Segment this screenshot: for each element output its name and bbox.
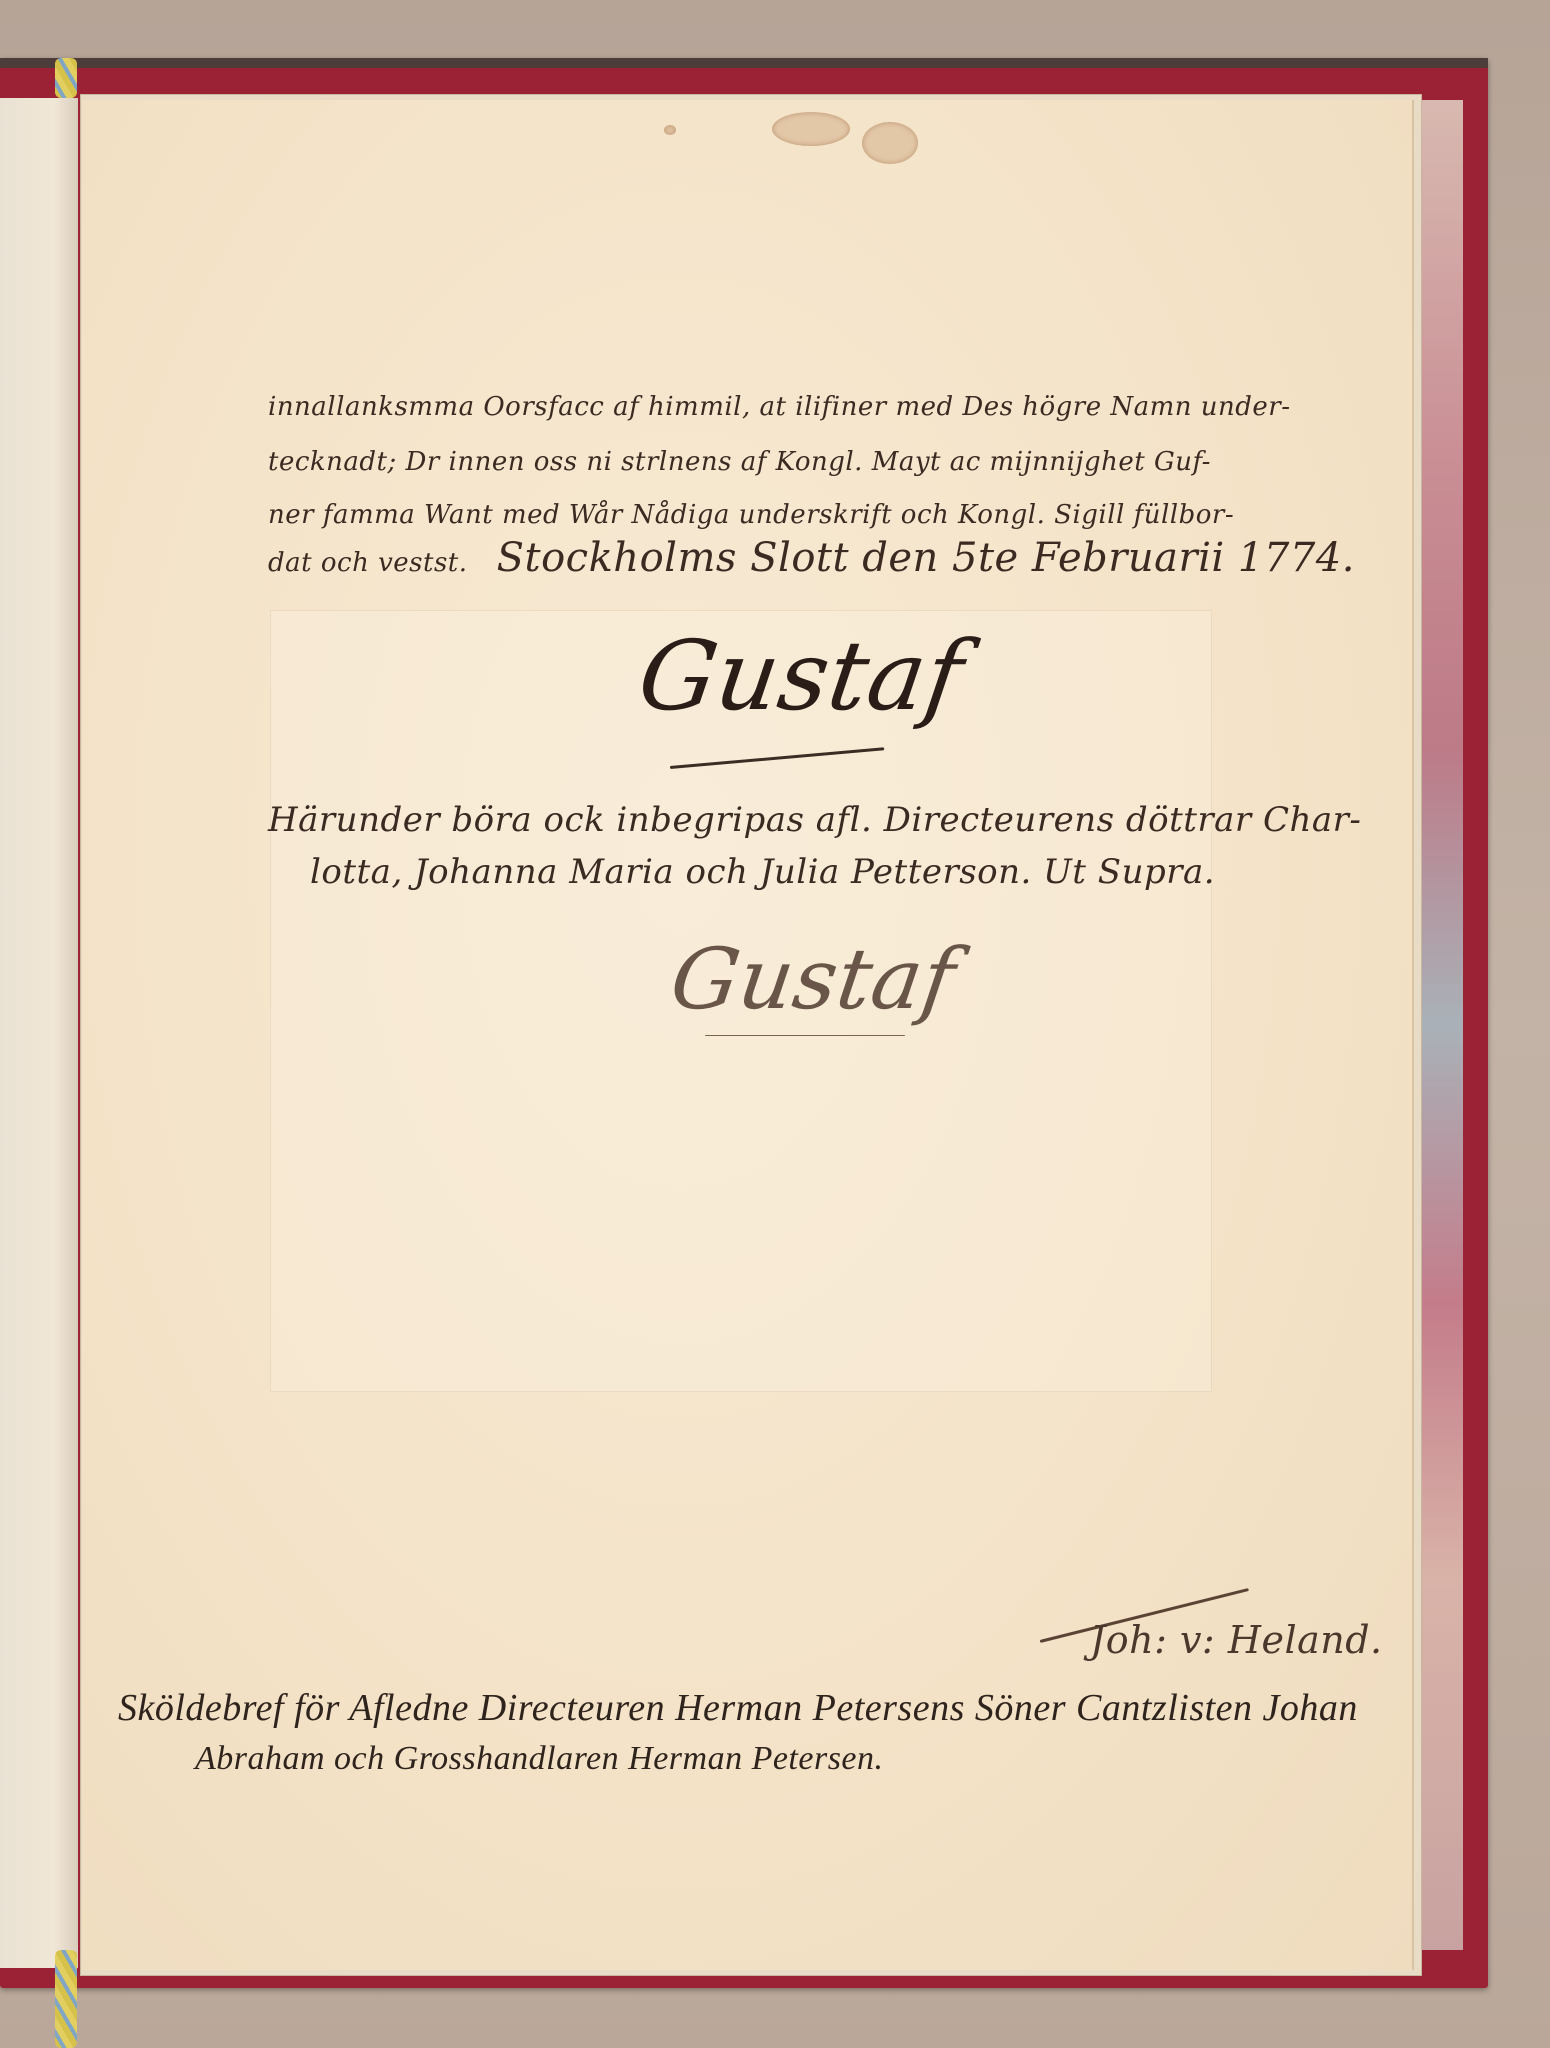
water-stain [862,122,918,164]
text-line: ner famma Want med Wår Nådiga underskrif… [268,500,1234,530]
text-line: lotta, Johanna Maria och Julia Petterson… [310,852,1215,892]
document-title-line: Sköldebref för Afledne Directeuren Herma… [118,1686,1358,1730]
place-date: Stockholms Slott den 5te Februarii 1774. [497,535,1355,581]
water-stain [664,125,676,135]
royal-signature-secondary: Gustaf [665,930,961,1028]
document-title-line: Abraham och Grosshandlaren Herman Peters… [195,1740,884,1778]
water-stain [772,112,850,146]
countersignature: Joh: v: Heland. [1090,1618,1383,1662]
closing-line: dat och vestst. Stockholms Slott den 5te… [268,535,1355,581]
book-cover-edge [0,58,1488,68]
left-page-edge [0,98,78,1968]
signature-flourish [705,1035,905,1036]
royal-signature: Gustaf [632,620,970,732]
binding-cord-bottom [55,1950,77,2048]
text-line: Härunder böra ock inbegripas afl. Direct… [268,800,1361,840]
binding-cord-top [55,58,77,98]
text-line: tecknadt; Dr innen oss ni strlnens af Ko… [268,447,1211,477]
text-line: innallanksmma Oorsfacc af himmil, at ili… [268,392,1291,422]
text-line: dat och vestst. [268,548,468,578]
